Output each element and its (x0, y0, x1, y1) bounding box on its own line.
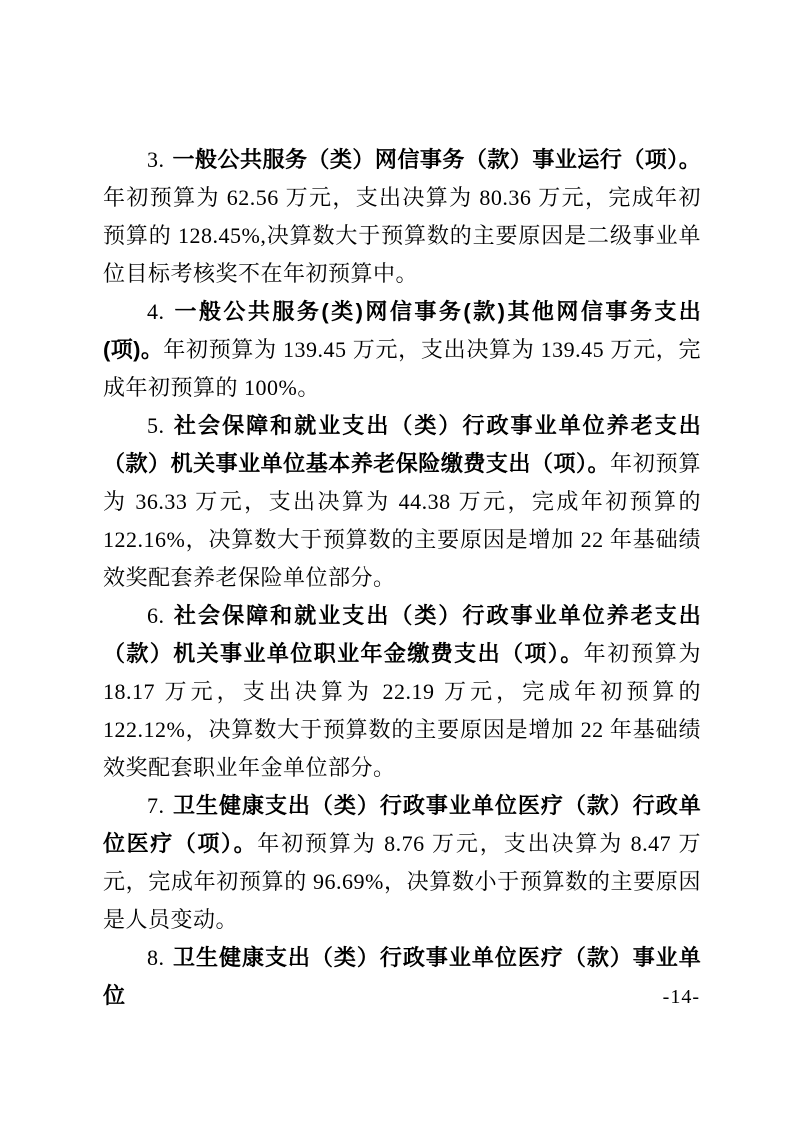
item-8-number: 8. (147, 945, 165, 970)
document-page: 3.一般公共服务（类）网信事务（款）事业运行（项）。年初预算为 62.56 万元… (0, 0, 793, 1122)
item-5-number: 5. (147, 413, 165, 438)
budget-item-7: 7.卫生健康支出（类）行政事业单位医疗（款）行政单位医疗（项）。年初预算为 8.… (103, 787, 701, 939)
item-7-number: 7. (147, 793, 165, 818)
item-4-number: 4. (147, 299, 165, 324)
item-4-body: 年初预算为 139.45 万元，支出决算为 139.45 万元，完成年初预算的 … (103, 337, 701, 400)
page-number: -14- (0, 986, 700, 1009)
budget-item-6: 6.社会保障和就业支出（类）行政事业单位养老支出（款）机关事业单位职业年金缴费支… (103, 597, 701, 787)
item-3-title: 一般公共服务（类）网信事务（款）事业运行（项）。 (172, 147, 701, 172)
budget-item-4: 4.一般公共服务(类)网信事务(款)其他网信事务支出(项)。年初预算为 139.… (103, 293, 701, 407)
item-3-number: 3. (147, 147, 165, 172)
document-body: 3.一般公共服务（类）网信事务（款）事业运行（项）。年初预算为 62.56 万元… (103, 141, 701, 1015)
budget-item-3: 3.一般公共服务（类）网信事务（款）事业运行（项）。年初预算为 62.56 万元… (103, 141, 701, 293)
item-3-body: 年初预算为 62.56 万元，支出决算为 80.36 万元，完成年初预算的 12… (103, 185, 701, 286)
budget-item-5: 5.社会保障和就业支出（类）行政事业单位养老支出（款）机关事业单位基本养老保险缴… (103, 407, 701, 597)
item-6-number: 6. (147, 603, 165, 628)
